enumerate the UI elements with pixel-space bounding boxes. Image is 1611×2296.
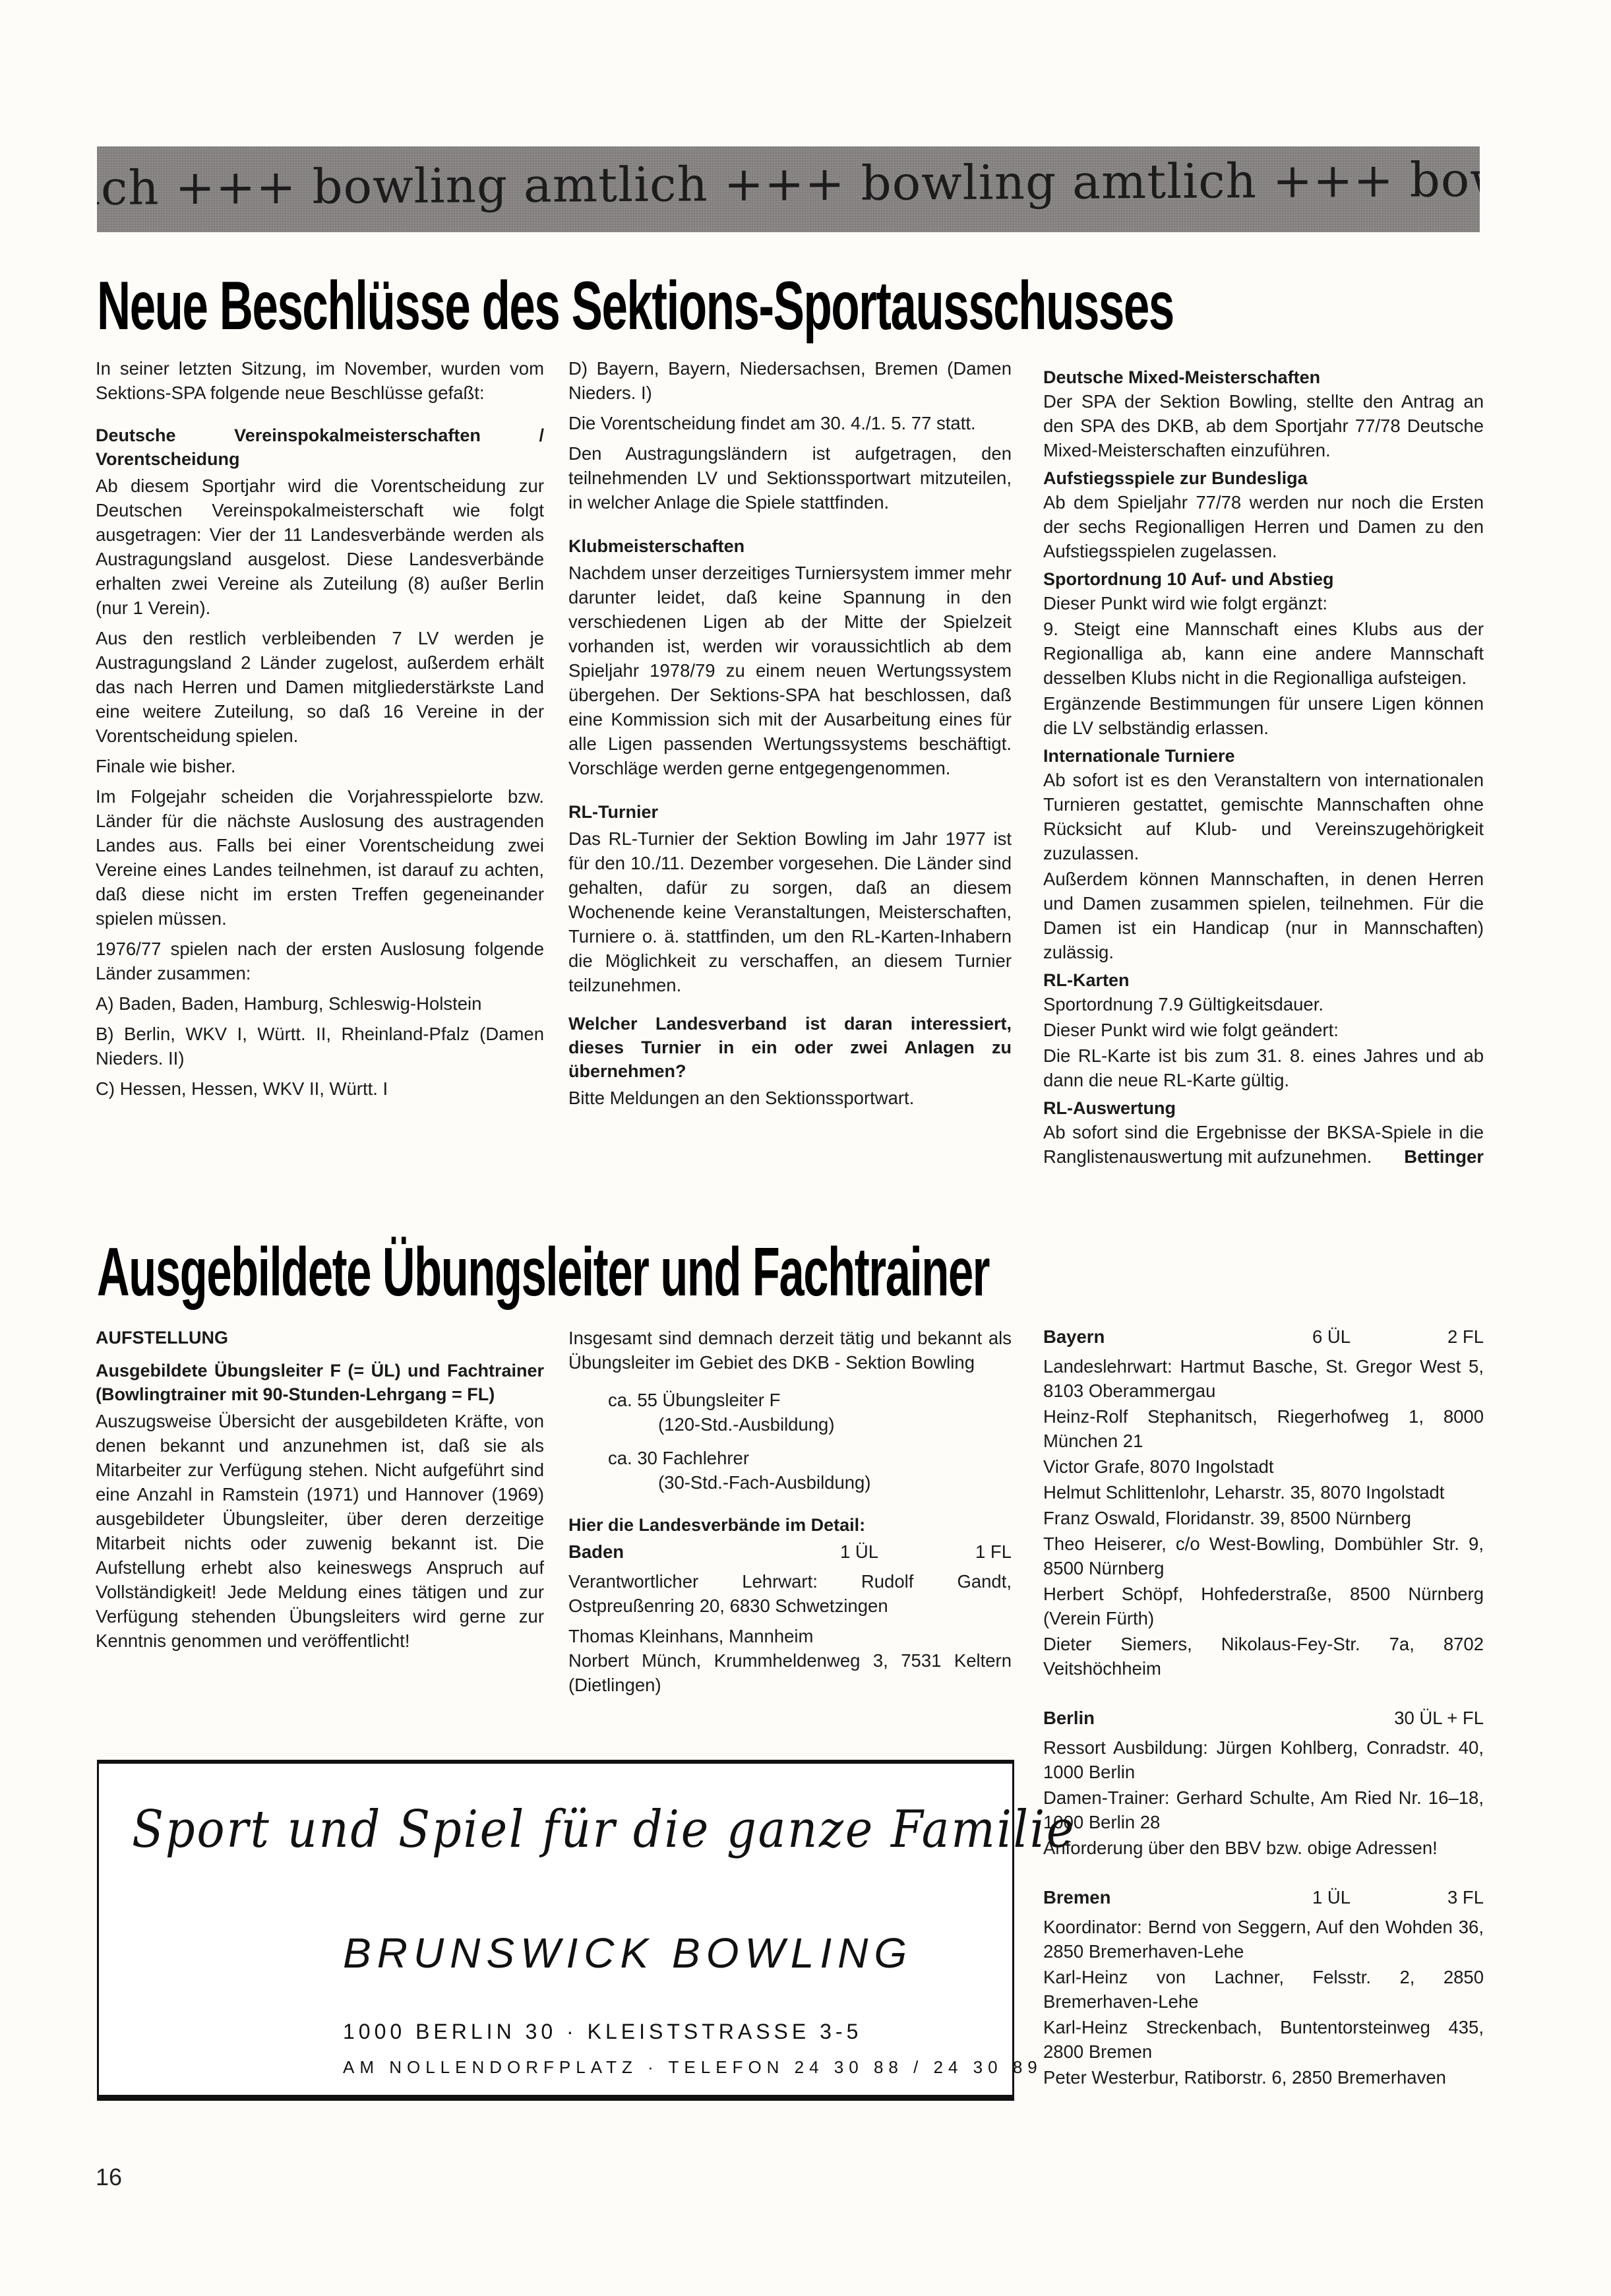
ad-location-phone: AM NOLLENDORFPLATZ · TELEFON 24 30 88 / … [343,2057,1043,2078]
count-item: ca. 30 Fachlehrer (30-Std.-Fach-Ausbildu… [568,1446,1012,1495]
landesverband-bayern: Bayern 6 ÜL 2 FL Landeslehrwart: Hartmut… [1043,1324,1484,1681]
group-d: D) Bayern, Bayern, Niedersachsen, Bremen… [568,356,1012,405]
paragraph: 9. Steigt eine Mannschaft eines Klubs au… [1043,617,1484,690]
lv-entry: Peter Westerbur, Ratiborstr. 6, 2850 Bre… [1043,2065,1484,2090]
landesverband-bremen: Bremen 1 ÜL 3 FL Koordinator: Bernd von … [1043,1885,1484,2090]
section1-column-2: D) Bayern, Bayern, Niedersachsen, Bremen… [568,356,1012,1116]
lv-entry: Franz Oswald, Floridanstr. 39, 8500 Nürn… [1043,1506,1484,1530]
section1-column-1: In seiner letzten Sitzung, im November, … [96,356,544,1107]
lv-entry: Anforderung über den BBV bzw. obige Adre… [1043,1836,1484,1860]
banner-text: lich +++ bowling amtlich +++ bowling amt… [97,151,1480,216]
landesverband-baden: Baden 1 ÜL 1 FL Verantwortlicher Lehrwar… [568,1539,1012,1697]
ad-address: 1000 BERLIN 30 · KLEISTSTRASSE 3-5 [343,2020,862,2044]
section2-column-1: AUFSTELLUNG Ausgebildete Übungsleiter F … [96,1326,544,1659]
paragraph: Ab sofort ist es den Veranstaltern von i… [1043,768,1484,865]
lv-entry: Karl-Heinz von Lachner, Felsstr. 2, 2850… [1043,1965,1484,2014]
paragraph: Ergänzende Bestimmungen für unsere Ligen… [1043,691,1484,740]
ad-slogan: Sport und Spiel für die ganze Familie [132,1800,903,1859]
lv-fl-count: 2 FL [1411,1324,1484,1349]
lv-entry: Herbert Schöpf, Hohfederstraße, 8500 Nür… [1043,1582,1484,1630]
section-title-beschluesse: Neue Beschlüsse des Sektions-Sportaussch… [97,267,1174,346]
intro-paragraph: In seiner letzten Sitzung, im November, … [96,356,544,405]
lv-entry: Helmut Schlittenlohr, Leharstr. 35, 8070… [1043,1480,1484,1505]
lv-ul-count: 6 ÜL [1312,1324,1411,1349]
paragraph: Dieser Punkt wird wie folgt ergänzt: [1043,591,1484,615]
count-item: ca. 55 Übungsleiter F (120-Std.-Ausbildu… [568,1388,1012,1437]
lv-entry: Koordinator: Bernd von Seggern, Auf den … [1043,1915,1484,1964]
lv-ul-count: 1 ÜL [840,1539,939,1564]
lv-entry: Landeslehrwart: Hartmut Basche, St. Greg… [1043,1354,1484,1403]
page-number: 16 [96,2163,122,2191]
paragraph: Ab dem Spieljahr 77/78 werden nur noch d… [1043,490,1484,563]
lv-entry: Damen-Trainer: Gerhard Schulte, Am Ried … [1043,1785,1484,1834]
count-main: ca. 55 Übungsleiter F [608,1390,780,1410]
lv-entry: Verantwortlicher Lehrwart: Rudolf Gandt,… [568,1569,1012,1618]
lv-header: Berlin 30 ÜL + FL [1043,1706,1484,1730]
subheading-rl-turnier: RL-Turnier [568,800,1012,824]
subheading-vereinspokal: Deutsche Vereinspokalmeisterschaften / V… [96,423,544,471]
lv-entry: Karl-Heinz Streckenbach, Buntentorsteinw… [1043,2015,1484,2064]
lv-entry: Norbert Münch, Krummheldenweg 3, 7531 Ke… [568,1648,1012,1697]
paragraph: Den Austragungsländern ist aufgetragen, … [568,441,1012,514]
lv-entry: Heinz-Rolf Stephanitsch, Riegerhofweg 1,… [1043,1404,1484,1453]
paragraph: Der SPA der Sektion Bowling, stellte den… [1043,389,1484,462]
paragraph: Ab sofort sind die Ergebnisse der BKSA-S… [1043,1120,1484,1169]
subheading-mixed: Deutsche Mixed-Meisterschaften [1043,365,1484,389]
section2-column-2: Insgesamt sind demnach derzeit tätig und… [568,1326,1012,1722]
subheading-detail: Hier die Landesverbände im Detail: [568,1513,1012,1537]
lv-ul-count: 30 ÜL + FL [1312,1706,1484,1730]
lv-name: Bayern [1043,1324,1312,1349]
paragraph: Außerdem können Mannschaften, in denen H… [1043,867,1484,964]
lv-header: Bremen 1 ÜL 3 FL [1043,1885,1484,1909]
paragraph: Die RL-Karte ist bis zum 31. 8. eines Ja… [1043,1043,1484,1092]
lv-entry: Theo Heiserer, c/o West-Bowling, Dombühl… [1043,1532,1484,1580]
paragraph: Aus den restlich verbleibenden 7 LV werd… [96,626,544,748]
paragraph: Nachdem unser derzeitiges Turniersystem … [568,561,1012,780]
paragraph: Dieser Punkt wird wie folgt geändert: [1043,1018,1484,1042]
count-sub: (120-Std.-Ausbildung) [608,1412,1012,1437]
label-aufstellung: AUFSTELLUNG [96,1326,544,1350]
paragraph: Das RL-Turnier der Sektion Bowling im Ja… [568,826,1012,997]
subheading-internationale-turniere: Internationale Turniere [1043,744,1484,768]
brunswick-advertisement: Sport und Spiel für die ganze Familie BR… [97,1760,1014,2101]
subheading-rl-karten: RL-Karten [1043,968,1484,992]
paragraph: Auszugsweise Übersicht der ausgebildeten… [96,1409,544,1653]
landesverband-berlin: Berlin 30 ÜL + FL Ressort Ausbildung: Jü… [1043,1706,1484,1860]
ad-brand: BRUNSWICK BOWLING [343,1929,913,1977]
lv-fl-count: 3 FL [1411,1885,1484,1909]
lv-entry: Dieter Siemers, Nikolaus-Fey-Str. 7a, 87… [1043,1632,1484,1681]
group-a: A) Baden, Baden, Hamburg, Schleswig-Hols… [96,991,544,1016]
group-b: B) Berlin, WKV I, Württ. II, Rheinland-P… [96,1022,544,1070]
question-heading: Welcher Landesverband ist daran interess… [568,1012,1012,1083]
paragraph: Ab diesem Sportjahr wird die Vorentschei… [96,474,544,620]
intro-paragraph: Insgesamt sind demnach derzeit tätig und… [568,1326,1012,1375]
paragraph: 1976/77 spielen nach der ersten Auslosun… [96,937,544,985]
bowling-amtlich-banner: lich +++ bowling amtlich +++ bowling amt… [97,146,1480,232]
lv-entry: Thomas Kleinhans, Mannheim [568,1624,1012,1648]
section2-column-3: Bayern 6 ÜL 2 FL Landeslehrwart: Hartmut… [1043,1324,1484,2115]
lv-name: Bremen [1043,1885,1312,1909]
subheading-aufstiegsspiele: Aufstiegsspiele zur Bundesliga [1043,466,1484,490]
subheading-rl-auswertung: RL-Auswertung [1043,1096,1484,1120]
count-main: ca. 30 Fachlehrer [608,1448,749,1468]
lv-entry: Ressort Ausbildung: Jürgen Kohlberg, Con… [1043,1735,1484,1784]
lv-header: Baden 1 ÜL 1 FL [568,1539,1012,1564]
paragraph: Die Vorentscheidung findet am 30. 4./1. … [568,411,1012,435]
paragraph: Im Folgejahr scheiden die Vorjahresspiel… [96,784,544,931]
closing-paragraph: Bitte Meldungen an den Sektionssportwart… [568,1086,1012,1110]
lv-header: Bayern 6 ÜL 2 FL [1043,1324,1484,1349]
subheading-klubmeisterschaften: Klubmeisterschaften [568,534,1012,558]
lv-fl-count: 1 FL [939,1539,1012,1564]
lv-name: Baden [568,1539,840,1564]
subheading-definition: Ausgebildete Übungsleiter F (= ÜL) und F… [96,1359,544,1406]
group-c: C) Hessen, Hessen, WKV II, Württ. I [96,1076,544,1101]
subheading-sportordnung-10: Sportordnung 10 Auf- und Abstieg [1043,567,1484,591]
lv-name: Berlin [1043,1706,1312,1730]
lv-entry: Victor Grafe, 8070 Ingolstadt [1043,1454,1484,1479]
paragraph: Finale wie bisher. [96,754,544,778]
author-signature: Bettinger [1404,1144,1484,1169]
paragraph: Sportordnung 7.9 Gültigkeitsdauer. [1043,992,1484,1016]
count-sub: (30-Std.-Fach-Ausbildung) [608,1470,1012,1495]
section-title-uebungsleiter: Ausgebildete Übungsleiter und Fachtraine… [97,1233,989,1312]
lv-ul-count: 1 ÜL [1312,1885,1411,1909]
section1-column-3: Deutsche Mixed-Meisterschaften Der SPA d… [1043,361,1484,1170]
